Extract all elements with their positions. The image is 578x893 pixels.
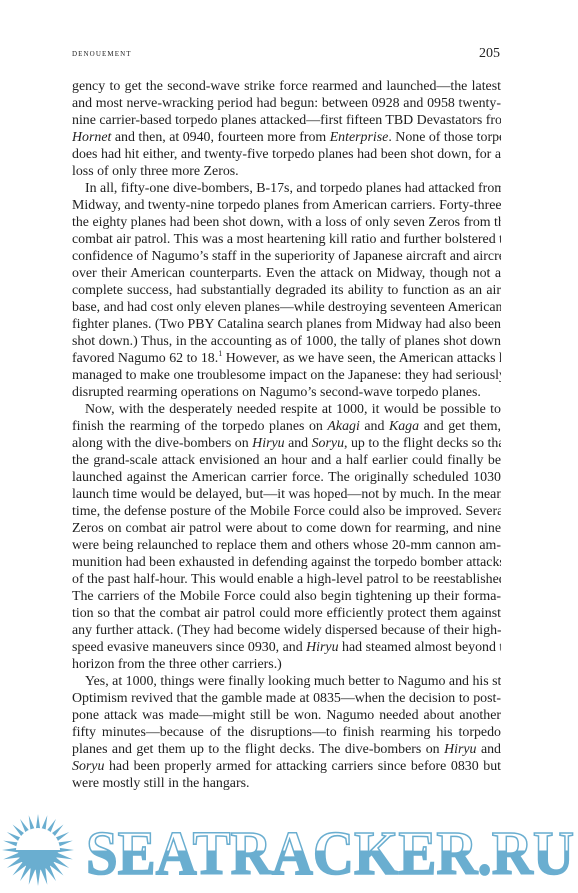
text-line: gency to get the second-wave strike forc… bbox=[72, 78, 501, 95]
ship-name: Hiryu bbox=[306, 640, 338, 655]
text-line: does had hit either, and twenty-five tor… bbox=[72, 146, 501, 163]
text-line: nine carrier-based torpedo planes attack… bbox=[72, 112, 501, 129]
watermark-logo-text: SEATRACKER.RU bbox=[86, 822, 576, 882]
text-line: any further attack. (They had become wid… bbox=[72, 622, 501, 639]
text-line: fighter planes. (Two PBY Catalina search… bbox=[72, 316, 501, 333]
text-line: launch time would be delayed, but—it was… bbox=[72, 486, 501, 503]
paragraph: Yes, at 1000, things were finally lookin… bbox=[72, 673, 501, 792]
ship-name: Soryu bbox=[312, 436, 344, 451]
text-line: over their American counterparts. Even t… bbox=[72, 265, 501, 282]
text-line: munition had been exhausted in defending… bbox=[72, 554, 501, 571]
text-line: The carriers of the Mobile Force could a… bbox=[72, 588, 501, 605]
ship-name: Hornet bbox=[72, 130, 111, 145]
paragraph: gency to get the second-wave strike forc… bbox=[72, 78, 501, 180]
body-text: gency to get the second-wave strike forc… bbox=[72, 78, 501, 792]
text-line: were being relaunched to replace them an… bbox=[72, 537, 501, 554]
text-line: confidence of Nagumo’s staff in the supe… bbox=[72, 248, 501, 265]
text-line: launched against the American carrier fo… bbox=[72, 469, 501, 486]
text-line: In all, fifty-one dive-bombers, B-17s, a… bbox=[72, 180, 501, 197]
ship-name: Soryu bbox=[72, 759, 104, 774]
text-line: planes and get them up to the flight dec… bbox=[72, 741, 501, 758]
text-line: time, the defense posture of the Mobile … bbox=[72, 503, 501, 520]
text-line: complete success, had substantially degr… bbox=[72, 282, 501, 299]
sun-icon bbox=[2, 810, 74, 890]
text-line: were mostly still in the hangars. bbox=[72, 775, 501, 792]
ship-name: Kaga bbox=[389, 419, 419, 434]
text-line: Soryu had been properly armed for attack… bbox=[72, 758, 501, 775]
text-line: Optimism revived that the gamble made at… bbox=[72, 690, 501, 707]
text-line: horizon from the three other carriers.) bbox=[72, 656, 501, 673]
text-line: along with the dive-bombers on Hiryu and… bbox=[72, 435, 501, 452]
text-line: loss of only three more Zeros. bbox=[72, 163, 501, 180]
text-line: combat air patrol. This was a most heart… bbox=[72, 231, 501, 248]
ship-name: Hiryu bbox=[252, 436, 284, 451]
svg-text:SEATRACKER.RU: SEATRACKER.RU bbox=[86, 822, 574, 882]
text-line: finish the rearming of the torpedo plane… bbox=[72, 418, 501, 435]
text-line: disrupted rearming operations on Nagumo’… bbox=[72, 384, 501, 401]
book-page: DENOUEMENT 205 gency to get the second-w… bbox=[0, 0, 578, 893]
page-number: 205 bbox=[479, 46, 500, 62]
text-line: fifty minutes—because of the disruptions… bbox=[72, 724, 501, 741]
paragraph: Now, with the desperately needed respite… bbox=[72, 401, 501, 673]
ship-name: Akagi bbox=[327, 419, 359, 434]
text-line: pone attack was made—might still be won.… bbox=[72, 707, 501, 724]
text-line: base, and had cost only eleven planes—wh… bbox=[72, 299, 501, 316]
ship-name: Enterprise bbox=[330, 130, 389, 145]
text-line: Now, with the desperately needed respite… bbox=[72, 401, 501, 418]
text-line: Yes, at 1000, things were finally lookin… bbox=[72, 673, 501, 690]
text-line: and most nerve-wracking period had begun… bbox=[72, 95, 501, 112]
watermark: SEATRACKER.RU bbox=[0, 808, 578, 893]
text-line: Zeros on combat air patrol were about to… bbox=[72, 520, 501, 537]
text-line: favored Nagumo 62 to 18.1 However, as we… bbox=[72, 350, 501, 367]
text-line: the eighty planes had been shot down, wi… bbox=[72, 214, 501, 231]
text-line: of the past half-hour. This would enable… bbox=[72, 571, 501, 588]
text-line: Hornet and then, at 0940, fourteen more … bbox=[72, 129, 501, 146]
text-line: tion so that the combat air patrol could… bbox=[72, 605, 501, 622]
text-line: shot down.) Thus, in the accounting as o… bbox=[72, 333, 501, 350]
ship-name: Hiryu bbox=[444, 742, 476, 757]
text-line: the grand-scale attack envisioned an hou… bbox=[72, 452, 501, 469]
paragraph: In all, fifty-one dive-bombers, B-17s, a… bbox=[72, 180, 501, 401]
footnote-ref: 1 bbox=[218, 350, 222, 358]
text-line: speed evasive maneuvers since 0930, and … bbox=[72, 639, 501, 656]
running-title: DENOUEMENT bbox=[72, 48, 132, 59]
running-head: DENOUEMENT 205 bbox=[72, 48, 500, 64]
text-line: managed to make one troublesome impact o… bbox=[72, 367, 501, 384]
text-line: Midway, and twenty-nine torpedo planes f… bbox=[72, 197, 501, 214]
